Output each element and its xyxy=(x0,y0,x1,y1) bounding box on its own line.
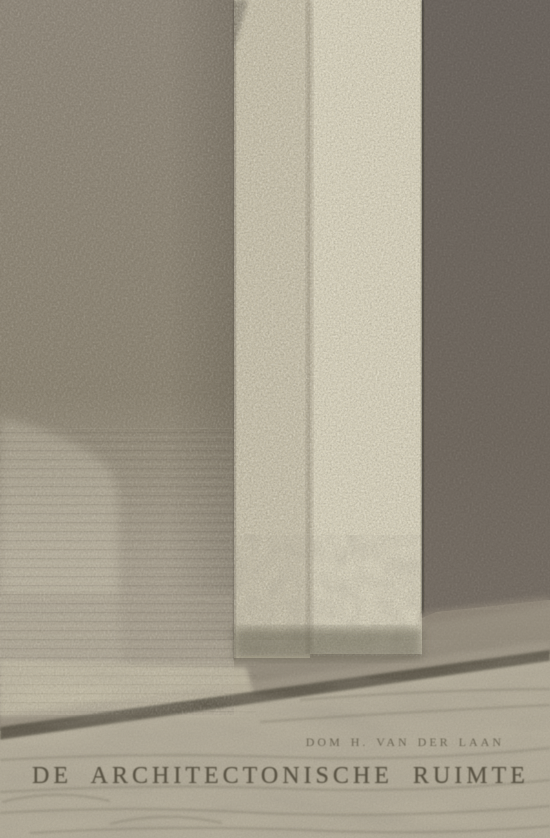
cover-photo-illustration xyxy=(0,0,550,838)
book-cover: DOM H. VAN DER LAAN DE ARCHITECTONISCHE … xyxy=(0,0,550,838)
photo-grain-light xyxy=(0,0,550,838)
